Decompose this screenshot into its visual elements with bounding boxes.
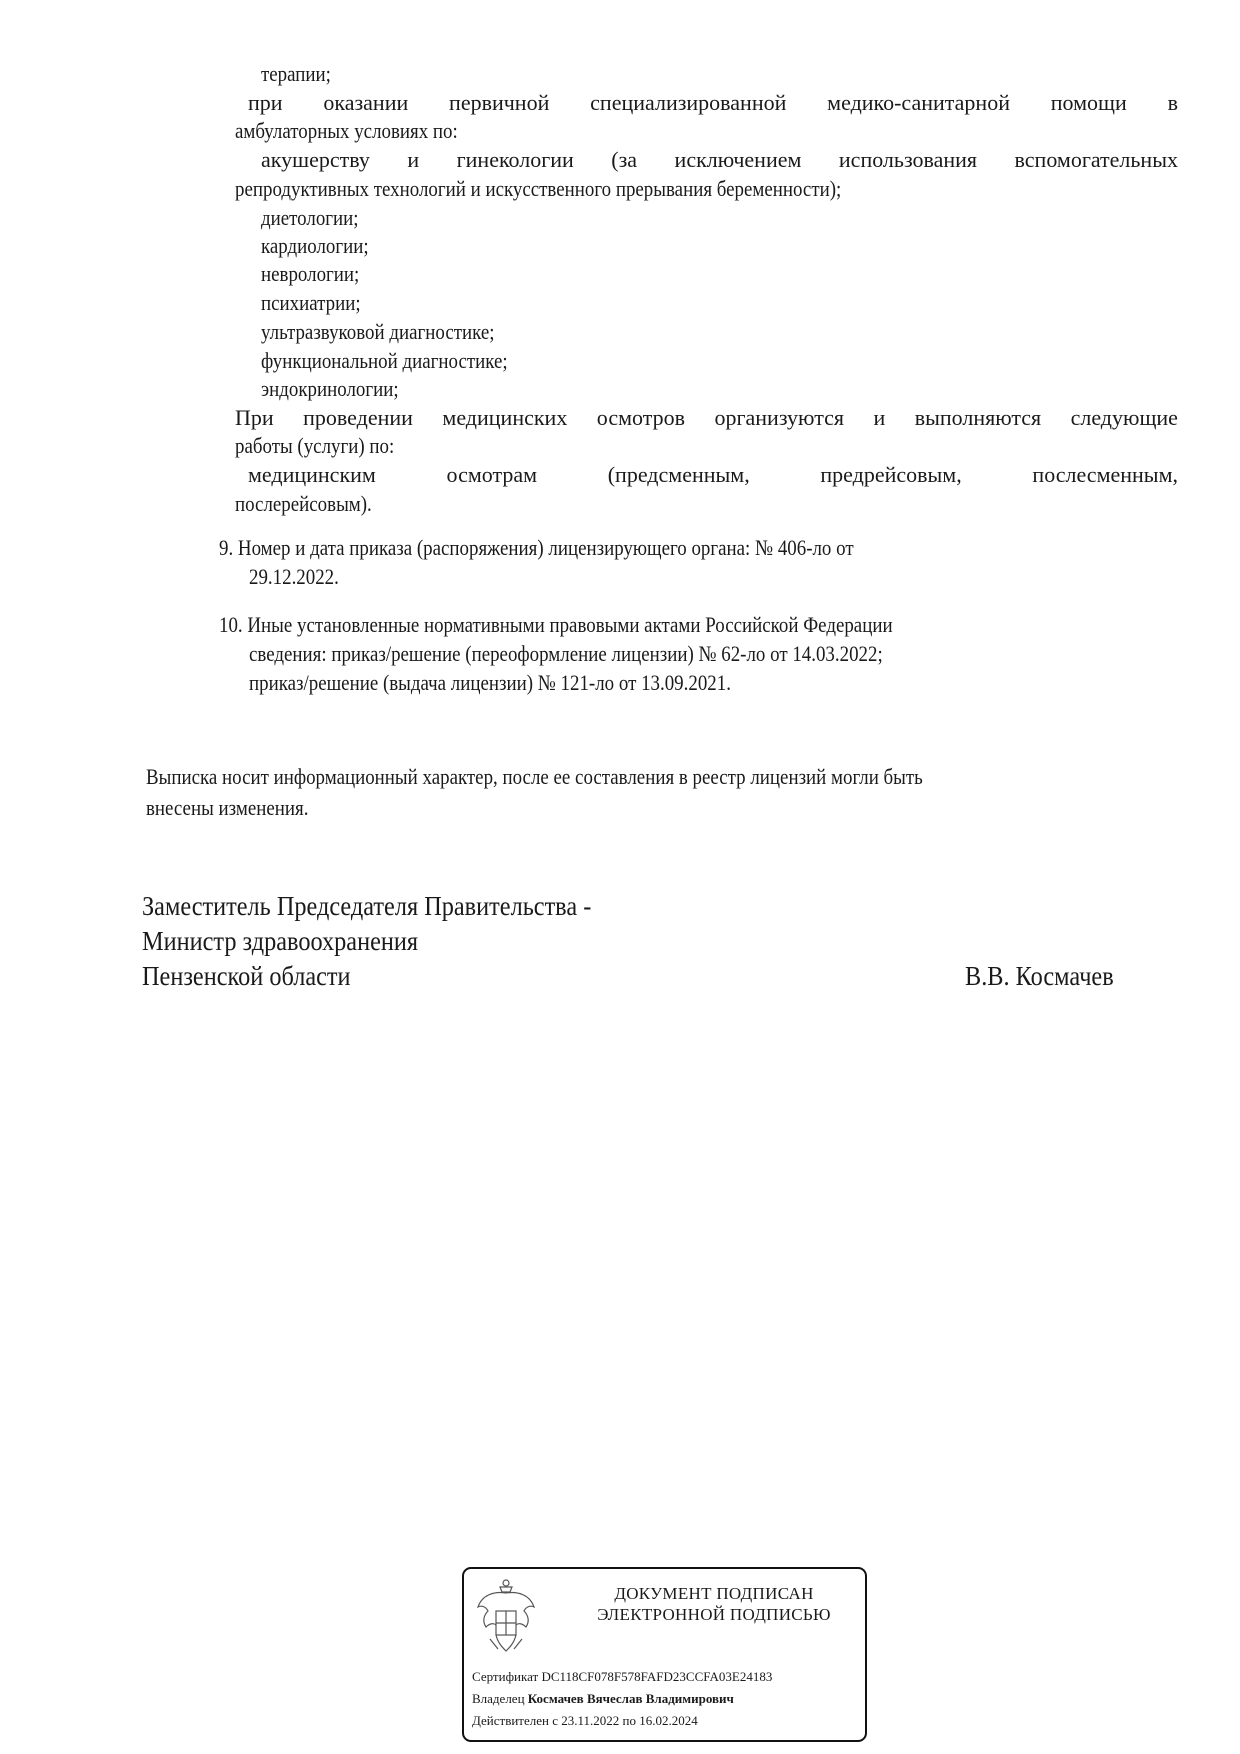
- stamp-certificate: Сертификат DC118CF078F578FAFD23CCFA03E24…: [472, 1669, 772, 1685]
- word: медицинским: [248, 461, 376, 489]
- item9-line1: 9. Номер и дата приказа (распоряжения) л…: [219, 534, 854, 562]
- list-item-neurology: неврологии;: [261, 260, 359, 288]
- list-item-dietology: диетологии;: [261, 204, 359, 232]
- list-item-therapy: терапии;: [261, 60, 331, 88]
- word: При: [235, 404, 274, 432]
- word: и: [873, 404, 885, 432]
- signatory-position-line1: Заместитель Председателя Правительства -: [142, 888, 591, 924]
- word: оказании: [323, 89, 408, 117]
- word: помощи: [1051, 89, 1127, 117]
- signatory-name: В.В. Космачев: [965, 958, 1114, 994]
- word: (предсменным,: [608, 461, 750, 489]
- certificate-value: DC118CF078F578FAFD23CCFA03E24183: [541, 1669, 772, 1684]
- word: выполняются: [915, 404, 1041, 432]
- word: медико-санитарной: [827, 89, 1010, 117]
- primary-care-intro: при оказании первичной специализированно…: [248, 89, 1178, 117]
- item10-line3: приказ/решение (выдача лицензии) № 121-л…: [249, 669, 731, 697]
- list-item-functional-diagnostics: функциональной диагностике;: [261, 347, 508, 375]
- list-item-endocrinology: эндокринологии;: [261, 375, 399, 403]
- stamp-title-line1: ДОКУМЕНТ ПОДПИСАН: [569, 1583, 859, 1604]
- stamp-title-line2: ЭЛЕКТРОННОЙ ПОДПИСЬЮ: [569, 1604, 859, 1625]
- word: послесменным,: [1032, 461, 1178, 489]
- exams-line-end: послерейсовым).: [235, 490, 372, 518]
- signatory-position-line2: Министр здравоохранения: [142, 923, 418, 959]
- word: исключением: [675, 146, 802, 174]
- stamp-validity: Действителен с 23.11.2022 по 16.02.2024: [472, 1713, 698, 1729]
- primary-care-intro-end: амбулаторных условиях по:: [235, 117, 458, 145]
- word: гинекологии: [457, 146, 574, 174]
- exams-line: медицинским осмотрам (предсменным, предр…: [248, 461, 1178, 489]
- list-item-cardiology: кардиологии;: [261, 232, 369, 260]
- word: проведении: [303, 404, 413, 432]
- certificate-label: Сертификат: [472, 1669, 538, 1684]
- word: акушерству: [261, 146, 370, 174]
- exams-intro-end: работы (услуги) по:: [235, 432, 394, 460]
- disclaimer-line2: внесены изменения.: [146, 794, 308, 822]
- word: следующие: [1071, 404, 1178, 432]
- list-item-ultrasound: ультразвуковой диагностике;: [261, 318, 495, 346]
- word: осмотров: [597, 404, 685, 432]
- list-item-psychiatry: психиатрии;: [261, 289, 361, 317]
- word: использования: [839, 146, 977, 174]
- stamp-owner: Владелец Космачев Вячеслав Владимирович: [472, 1691, 734, 1707]
- owner-value: Космачев Вячеслав Владимирович: [528, 1691, 734, 1706]
- word: осмотрам: [447, 461, 538, 489]
- word: специализированной: [590, 89, 786, 117]
- word: в: [1168, 89, 1178, 117]
- signatory-position-line3: Пензенской области: [142, 958, 351, 994]
- word: предрейсовым,: [820, 461, 961, 489]
- word: первичной: [449, 89, 549, 117]
- word: медицинских: [442, 404, 567, 432]
- owner-label: Владелец: [472, 1691, 525, 1706]
- word: вспомогательных: [1015, 146, 1178, 174]
- obstetrics-line: акушерству и гинекологии (за исключением…: [261, 146, 1178, 174]
- word: (за: [611, 146, 637, 174]
- word: и: [407, 146, 419, 174]
- coat-of-arms-icon: [474, 1577, 538, 1659]
- exams-intro: При проведении медицинских осмотров орга…: [235, 404, 1178, 432]
- disclaimer-line1: Выписка носит информационный характер, п…: [146, 763, 923, 791]
- obstetrics-line-end: репродуктивных технологий и искусственно…: [235, 175, 841, 203]
- item10-line1: 10. Иные установленные нормативными прав…: [219, 611, 893, 639]
- word: при: [248, 89, 283, 117]
- item9-line2: 29.12.2022.: [249, 563, 339, 591]
- e-signature-stamp: ДОКУМЕНТ ПОДПИСАН ЭЛЕКТРОННОЙ ПОДПИСЬЮ С…: [462, 1567, 867, 1742]
- item10-line2: сведения: приказ/решение (переоформление…: [249, 640, 883, 668]
- word: организуются: [714, 404, 843, 432]
- stamp-title: ДОКУМЕНТ ПОДПИСАН ЭЛЕКТРОННОЙ ПОДПИСЬЮ: [569, 1583, 859, 1625]
